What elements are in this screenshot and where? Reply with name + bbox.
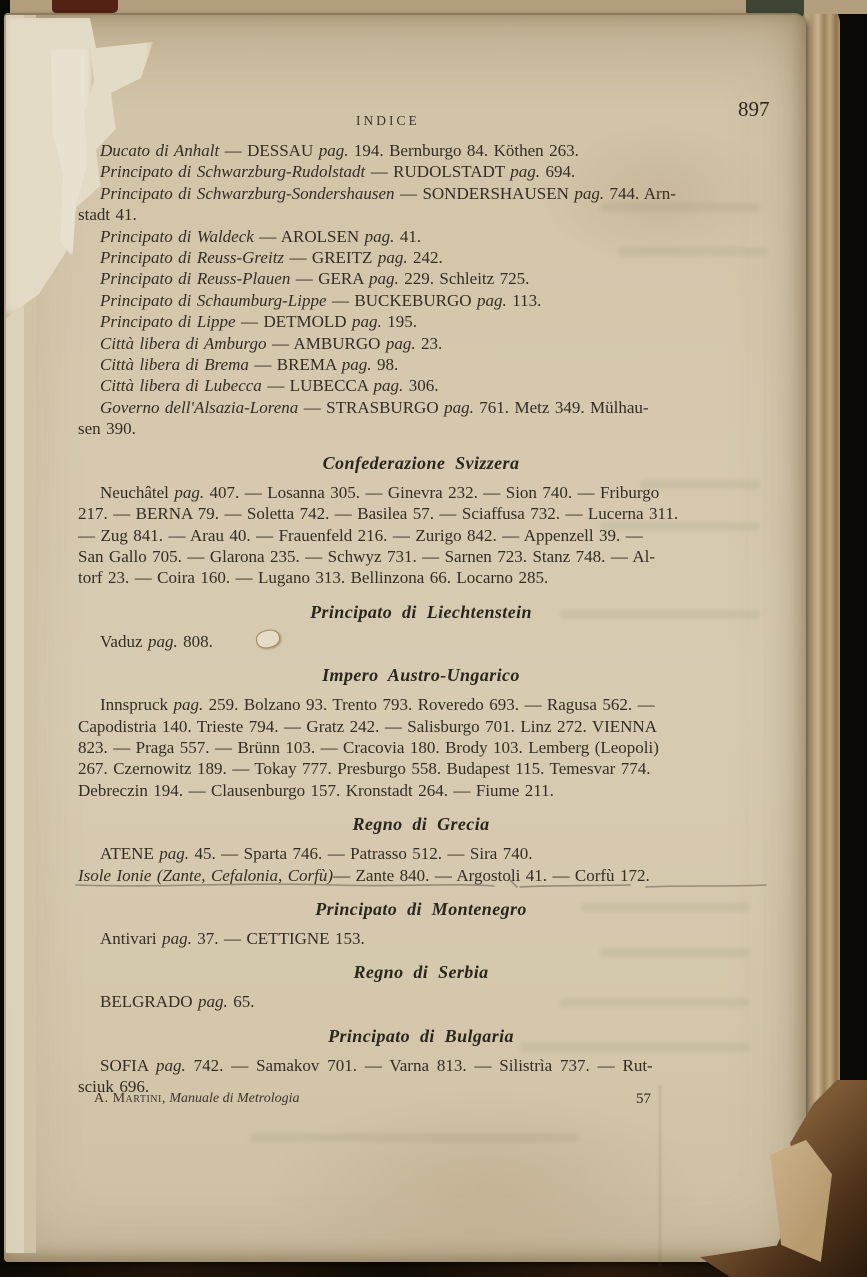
section-heading: Regno di Serbia: [78, 961, 764, 983]
index-line: Città libera di Amburgo — AMBURGO pag. 2…: [78, 333, 764, 354]
index-line: torf 23. — Coira 160. — Lugano 313. Bell…: [78, 567, 764, 588]
index-line: Debreczin 194. — Clausenburgo 157. Krons…: [78, 780, 764, 801]
section-heading: Principato di Liechtenstein: [78, 601, 764, 623]
index-body: Ducato di Anhalt — DESSAU pag. 194. Bern…: [78, 140, 764, 1098]
index-section: Regno di GreciaATENE pag. 45. — Sparta 7…: [78, 813, 764, 886]
footer-author: A. Martini,: [94, 1091, 166, 1106]
index-line: Città libera di Lubecca — LUBECCA pag. 3…: [78, 375, 764, 396]
sheet-number: 57: [636, 1091, 651, 1108]
running-header-title: INDICE: [356, 110, 420, 131]
index-line: Isole Ionie (Zante, Cefalonia, Corfù)— Z…: [78, 865, 764, 886]
index-line: Ducato di Anhalt — DESSAU pag. 194. Bern…: [78, 140, 764, 161]
index-line: sen 390.: [78, 418, 764, 439]
index-line: stadt 41.: [78, 204, 764, 225]
section-heading: Principato di Bulgaria: [78, 1025, 764, 1047]
index-section: Impero Austro-UngaricoInnspruck pag. 259…: [78, 664, 764, 801]
index-line: 823. — Praga 557. — Brünn 103. — Cracovi…: [78, 737, 764, 758]
index-line: Principato di Schwarzburg-Rudolstadt — R…: [78, 161, 764, 182]
section-heading: Confederazione Svizzera: [78, 452, 764, 474]
index-line: Antivari pag. 37. — CETTIGNE 153.: [78, 928, 764, 949]
footer-work-title: Manuale di Metrologia: [169, 1091, 299, 1106]
page-content: INDICE 897 Ducato di Anhalt — DESSAU pag…: [78, 104, 764, 1098]
index-section: Ducato di Anhalt — DESSAU pag. 194. Bern…: [78, 140, 764, 440]
index-line: San Gallo 705. — Glarona 235. — Schwyz 7…: [78, 546, 764, 567]
index-section: Principato di BulgariaSOFIA pag. 742. — …: [78, 1025, 764, 1098]
index-line: 267. Czernowitz 189. — Tokay 777. Presbu…: [78, 758, 764, 779]
index-line: Principato di Reuss-Greitz — GREITZ pag.…: [78, 247, 764, 268]
index-line: Vaduz pag. 808.: [78, 631, 764, 652]
page-number: 897: [738, 99, 770, 120]
running-header: INDICE 897: [78, 104, 764, 134]
index-line: — Zug 841. — Arau 40. — Frauenfeld 216. …: [78, 525, 764, 546]
top-red-paper-fragment: [52, 0, 118, 13]
ink-showthrough: [250, 1133, 580, 1142]
index-line: 217. — BERNA 79. — Soletta 742. — Basile…: [78, 503, 764, 524]
index-line: Capodistria 140. Trieste 794. — Gratz 24…: [78, 716, 764, 737]
index-section: Principato di LiechtensteinVaduz pag. 80…: [78, 601, 764, 652]
pencil-underline: [72, 876, 772, 892]
index-line: Neuchâtel pag. 407. — Losanna 305. — Gin…: [78, 482, 764, 503]
index-line: ATENE pag. 45. — Sparta 746. — Patrasso …: [78, 843, 764, 864]
index-line: Principato di Reuss-Plauen — GERA pag. 2…: [78, 268, 764, 289]
index-section: Principato di MontenegroAntivari pag. 37…: [78, 898, 764, 949]
top-page-edge: [0, 0, 867, 14]
index-line: Principato di Schaumburg-Lippe — BUCKEBU…: [78, 290, 764, 311]
index-line: Governo dell'Alsazia-Lorena — STRASBURGO…: [78, 397, 764, 418]
index-line: Principato di Schwarzburg-Sondershausen …: [78, 183, 764, 204]
section-heading: Impero Austro-Ungarico: [78, 664, 764, 686]
index-line: BELGRADO pag. 65.: [78, 991, 764, 1012]
section-heading: Regno di Grecia: [78, 813, 764, 835]
index-line: Città libera di Brema — BREMA pag. 98.: [78, 354, 764, 375]
page-footer: A. Martini, Manuale di Metrologia 57: [78, 1091, 738, 1107]
index-line: Principato di Lippe — DETMOLD pag. 195.: [78, 311, 764, 332]
section-heading: Principato di Montenegro: [78, 898, 764, 920]
index-line: Innspruck pag. 259. Bolzano 93. Trento 7…: [78, 694, 764, 715]
index-section: Regno di SerbiaBELGRADO pag. 65.: [78, 961, 764, 1012]
index-line: SOFIA pag. 742. — Samakov 701. — Varna 8…: [78, 1055, 764, 1076]
index-line: Principato di Waldeck — AROLSEN pag. 41.: [78, 226, 764, 247]
index-section: Confederazione SvizzeraNeuchâtel pag. 40…: [78, 452, 764, 589]
